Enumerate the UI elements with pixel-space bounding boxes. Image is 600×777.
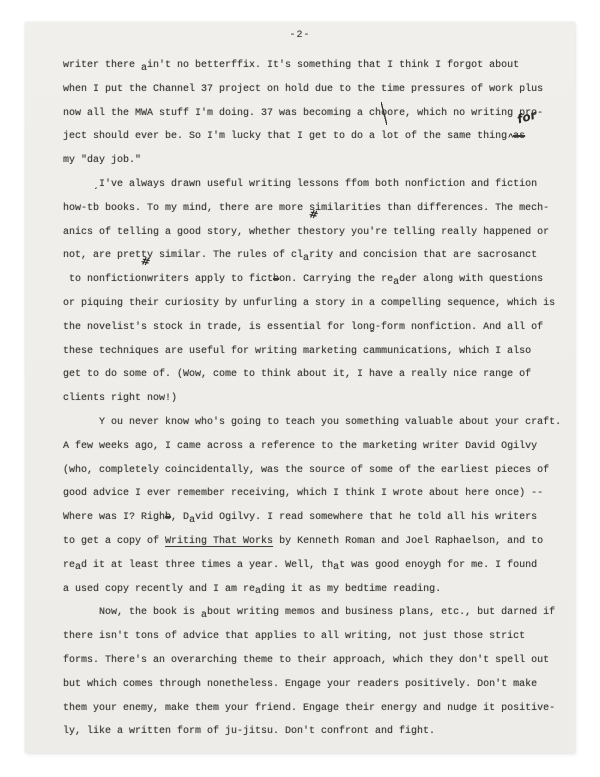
text-segment: apply to fict: [189, 268, 273, 292]
text-line: to get a copy of Writing That Works by K…: [63, 530, 569, 554]
text-line: writer there ain't no betterffix. It's s…: [63, 54, 569, 78]
text-line: anics of telling a good story, whether t…: [63, 221, 569, 245]
text-segment: der along with questions: [399, 268, 543, 292]
text-segment: my "day job.": [63, 149, 141, 173]
text-segment: d it at least three times a year. Well, …: [81, 554, 333, 578]
document-body: writer there ain't no betterffix. It's s…: [25, 54, 575, 744]
text-segment: on. Carrying the re: [279, 268, 393, 292]
text-line: but which comes through nonetheless. Eng…: [63, 673, 569, 697]
text-line: good advice I ever remember receiving, w…: [63, 482, 569, 506]
text-segment: when I put the Channel 37 project on hol…: [63, 78, 543, 102]
text-line: a used copy recently and I am reading it…: [63, 578, 569, 602]
text-segment: writers#: [147, 268, 189, 292]
text-segment: Where was I? Righ: [63, 506, 165, 530]
text-segment: you're telling really happened or: [345, 221, 549, 245]
text-line: or piquing their curiosity by unfurling …: [63, 292, 569, 316]
text-line: there isn't tons of advice that applies …: [63, 625, 569, 649]
text-segment: but which comes through nonetheless. Eng…: [63, 673, 537, 697]
text-segment: vid Ogilvy. I read somewhere that he tol…: [195, 506, 537, 530]
text-segment: writer there: [63, 54, 141, 78]
text-segment: in't no betterffix. It's something that …: [147, 54, 519, 78]
text-segment: anics of telling a good story, whether t…: [63, 221, 315, 245]
text-segment: to get a copy of: [63, 530, 165, 554]
text-segment: bout writing memos and business plans, e…: [207, 601, 555, 625]
text-line: the novelist's stock in trade, is essent…: [63, 316, 569, 340]
text-segment: story#: [315, 221, 345, 245]
text-line: these techniques are useful for writing …: [63, 340, 569, 364]
text-line: forms. There's an overarching theme to t…: [63, 649, 569, 673]
text-line: get to do some of. (Wow, come to think a…: [63, 363, 569, 387]
text-line: ly, like a written form of ju-jitsu. Don…: [63, 720, 569, 744]
text-line: now all the MWA stuff I'm doing. 37 was …: [63, 102, 569, 126]
text-segment: Writing That Works: [165, 530, 273, 554]
text-segment: ject should ever be. So I'm lucky that I…: [63, 125, 513, 149]
text-line: not, are pretty similar. The rules of cl…: [63, 244, 569, 268]
text-segment: now all the MWA stuff I'm doing. 37 was …: [63, 102, 381, 126]
text-segment: clients right now!): [63, 387, 177, 411]
text-segment: re: [63, 554, 75, 578]
handwritten-annotation: ^: [508, 134, 513, 143]
text-segment: there isn't tons of advice that applies …: [63, 625, 525, 649]
text-segment: not, are pretty similar. The rules of cl: [63, 244, 303, 268]
text-line: clients right now!): [63, 387, 569, 411]
text-segment: A few weeks ago, I came across a referen…: [63, 435, 537, 459]
text-segment: mmunications, which I also: [375, 340, 531, 364]
text-segment: or piquing their curiosity by unfurling …: [63, 292, 555, 316]
text-segment: , D: [171, 506, 189, 530]
text-segment: to nonfiction: [63, 268, 147, 292]
text-segment: rity and concision that are sacrosanct: [309, 244, 537, 268]
text-segment: the novelist's stock in trade, is essent…: [63, 316, 543, 340]
text-line: A few weeks ago, I came across a referen…: [63, 435, 569, 459]
text-segment: t was good enoygh for me. I found: [339, 554, 537, 578]
text-line: (who, completely coincidentally, was the…: [63, 459, 569, 483]
text-segment: I've always drawn useful writing lessons…: [63, 173, 537, 197]
text-line: them your enemy, make them your friend. …: [63, 697, 569, 721]
text-segment: forms. There's an overarching theme to t…: [63, 649, 549, 673]
text-segment: Now, the book is: [63, 601, 201, 625]
text-line: my "day job.": [63, 149, 569, 173]
text-line: Y ou never know who's going to teach you…: [63, 411, 569, 435]
text-line: when I put the Channel 37 project on hol…: [63, 78, 569, 102]
document-page: -2- writer there ain't no betterffix. It…: [25, 22, 575, 753]
text-line: Where was I? Righb, David Ogilvy. I read…: [63, 506, 569, 530]
text-segment: good advice I ever remember receiving, w…: [63, 482, 543, 506]
text-segment: get to do some of. (Wow, come to think a…: [63, 363, 531, 387]
text-segment: books. To my mind, there are more simila…: [99, 197, 549, 221]
text-segment: how-t: [63, 197, 93, 221]
page-number: -2-: [25, 30, 575, 41]
text-segment: them your enemy, make them your friend. …: [63, 697, 555, 721]
text-segment: by Kenneth Roman and Joel Raphaelson, an…: [273, 530, 543, 554]
text-segment: asfor^: [513, 125, 525, 149]
text-segment: (who, completely coincidentally, was the…: [63, 459, 549, 483]
text-segment: a used copy recently and I am re: [63, 578, 255, 602]
text-line: to nonfictionwriters# apply to fictbon. …: [63, 268, 569, 292]
text-line: I've always drawn useful writing lessons…: [63, 173, 569, 197]
text-line: Now, the book is about writing memos and…: [63, 601, 569, 625]
text-line: read it at least three times a year. Wel…: [63, 554, 569, 578]
text-segment: ly, like a written form of ju-jitsu. Don…: [63, 720, 435, 744]
text-segment: ding it as my bedtime reading.: [261, 578, 441, 602]
text-segment: Y ou never know who's going to teach you…: [63, 411, 561, 435]
text-line: ject should ever be. So I'm lucky that I…: [63, 125, 569, 149]
text-segment: these techniques are useful for writing …: [63, 340, 369, 364]
